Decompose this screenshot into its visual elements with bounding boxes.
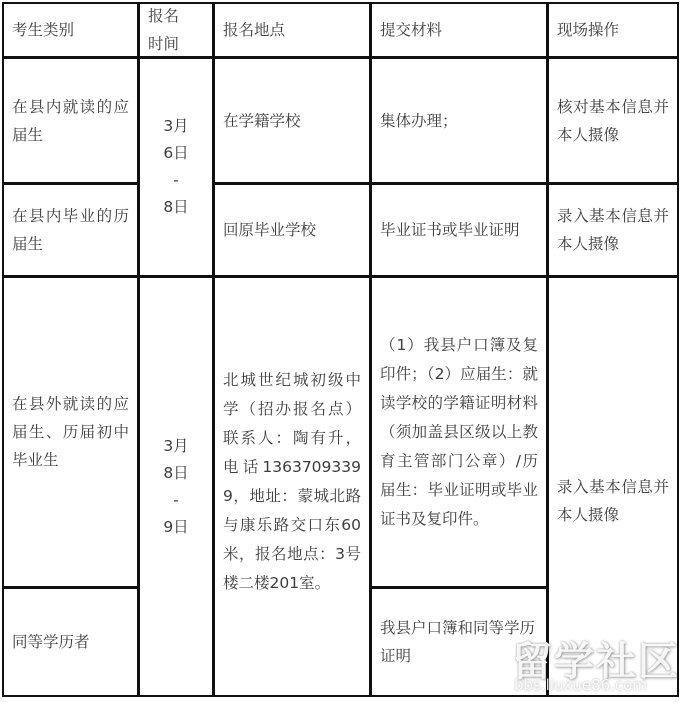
row4-materials-text: 我县户口簿和同等学历证明 bbox=[380, 614, 538, 670]
row4-materials: 我县户口簿和同等学历证明 bbox=[370, 587, 548, 697]
date1-start: 6日 bbox=[148, 140, 204, 167]
header-location: 报名地点 bbox=[213, 2, 371, 58]
date1-month: 3月 bbox=[148, 113, 204, 140]
header-time-label: 报名 时间 bbox=[148, 2, 179, 58]
registration-table: 考生类别 报名 时间 报名地点 提交材料 现场操作 在县内就读的应届生 在学籍学… bbox=[3, 3, 679, 697]
row2-materials: 毕业证书或毕业证明 bbox=[370, 183, 548, 277]
header-location-label: 报名地点 bbox=[223, 16, 285, 44]
row3-materials-text: （1）我县户口簿及复印件；（2）应届生：就读学校的学籍证明材料（须加盖县区级以上… bbox=[380, 331, 538, 534]
row4-category: 同等学历者 bbox=[2, 587, 139, 697]
row1-location-text: 在学籍学校 bbox=[223, 107, 301, 135]
row2-onsite-text: 录入基本信息并本人摄像 bbox=[557, 202, 669, 258]
row1-onsite-text: 核对基本信息并本人摄像 bbox=[557, 93, 669, 149]
row2-category: 在县内毕业的历届生 bbox=[2, 183, 139, 277]
date2-end: 9日 bbox=[148, 514, 204, 541]
row2-category-text: 在县内毕业的历届生 bbox=[12, 202, 129, 258]
header-onsite: 现场操作 bbox=[547, 2, 679, 58]
row3-category: 在县外就读的应届生、历届初中毕业生 bbox=[2, 276, 139, 588]
row1-category: 在县内就读的应届生 bbox=[2, 57, 139, 184]
row3-location: 北城世纪城初级中学（招办报名点）联系人：陶有升，电话13637093399，地址… bbox=[213, 276, 371, 697]
row3-category-text: 在县外就读的应届生、历届初中毕业生 bbox=[12, 390, 129, 474]
date2-sep: - bbox=[148, 487, 204, 514]
row3-materials: （1）我县户口簿及复印件；（2）应届生：就读学校的学籍证明材料（须加盖县区级以上… bbox=[370, 276, 548, 588]
date1-end: 8日 bbox=[148, 194, 204, 221]
row3-location-text: 北城世纪城初级中学（招办报名点）联系人：陶有升，电话13637093399，地址… bbox=[223, 366, 361, 598]
row1-materials: 集体办理； bbox=[370, 57, 548, 184]
header-materials: 提交材料 bbox=[370, 2, 548, 58]
row3-onsite-text: 录入基本信息并本人摄像 bbox=[557, 473, 669, 529]
row1-materials-text: 集体办理； bbox=[380, 107, 458, 135]
header-time-line1: 报名 bbox=[148, 2, 179, 30]
header-time: 报名 时间 bbox=[138, 2, 214, 58]
date-range-1: 3月 6日 - 8日 bbox=[148, 113, 204, 221]
row1-onsite: 核对基本信息并本人摄像 bbox=[547, 57, 679, 184]
row2-location: 回原毕业学校 bbox=[213, 183, 371, 277]
header-time-line2: 时间 bbox=[148, 30, 179, 58]
row2-onsite: 录入基本信息并本人摄像 bbox=[547, 183, 679, 277]
date1-sep: - bbox=[148, 167, 204, 194]
header-category: 考生类别 bbox=[2, 2, 139, 58]
date2-start: 8日 bbox=[148, 460, 204, 487]
date2-month: 3月 bbox=[148, 433, 204, 460]
date-cell-1: 3月 6日 - 8日 bbox=[138, 57, 214, 277]
date-cell-2: 3月 8日 - 9日 bbox=[138, 276, 214, 697]
row1-location: 在学籍学校 bbox=[213, 57, 371, 184]
header-materials-label: 提交材料 bbox=[380, 16, 442, 44]
row2-materials-text: 毕业证书或毕业证明 bbox=[380, 216, 520, 244]
row1-category-text: 在县内就读的应届生 bbox=[12, 93, 129, 149]
row4-category-text: 同等学历者 bbox=[12, 628, 90, 656]
date-range-2: 3月 8日 - 9日 bbox=[148, 433, 204, 541]
header-onsite-label: 现场操作 bbox=[557, 16, 619, 44]
header-category-label: 考生类别 bbox=[12, 16, 74, 44]
row2-location-text: 回原毕业学校 bbox=[223, 216, 316, 244]
row3-onsite: 录入基本信息并本人摄像 bbox=[547, 276, 679, 697]
